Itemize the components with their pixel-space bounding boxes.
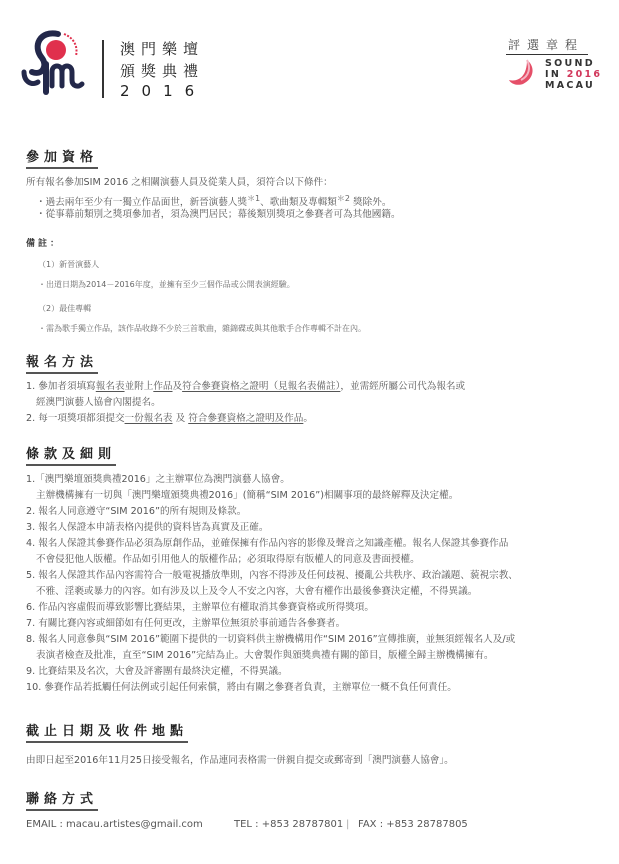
eligibility-proof-link[interactable]: 符合參賽資格之證明（見報名表備註） (182, 381, 340, 392)
title-divider (102, 40, 104, 98)
terms-line: 4. 報名人保證其參賽作品必須為原創作品，並確保擁有作品內容的影像及聲音之知識產… (26, 537, 508, 551)
terms-line: 5. 報名人保證其作品內容需符合一般電視播放準則，內容不得涉及任何歧視、擾亂公共… (26, 569, 518, 583)
note-1-title: （1）新晉演藝人 (38, 258, 99, 272)
terms-line: 8. 報名人同意參與“SIM 2016”範圍下提供的一切資料供主辦機構用作“SI… (26, 633, 515, 647)
terms-line: 不會侵犯他人版權。作品如引用他人的版權作品；必須取得原有版權人的同意及書面授權。 (36, 553, 420, 567)
eligibility-bullet-2: ・從事幕前類別之獎項參加者，須為澳門居民；幕後類別獎項之參賽者可為其他國籍。 (36, 208, 401, 222)
section-heading-registration: 報名方法 (26, 351, 98, 374)
terms-line: 1.「澳門樂壇頒獎典禮2016」之主辦單位為澳門演藝人協會。 (26, 473, 290, 487)
note-1-text: ・出道日期為2014－2016年度，並擁有至少三個作品或公開表演經驗。 (38, 278, 295, 292)
terms-line: 不雅、淫褻或暴力的內容。如有涉及以上及令人不安之內容，大會有權作出最後參賽決定權… (36, 585, 477, 599)
proof-and-works-link[interactable]: 符合參賽資格之證明及作品 (188, 413, 303, 424)
terms-line: 表演者檢查及批准，直至“SIM 2016”完結為止。大會製作與頒獎典禮有關的節目… (36, 649, 494, 663)
rules-title-underline (506, 54, 588, 55)
terms-line: 6. 作品內容虛假而導致影響比賽結果，主辦單位有權取消其參賽資格或所得獎項。 (26, 601, 374, 615)
note-2-text: ・需為歌手獨立作品，該作品收錄不少於三首歌曲，雜錦碟或與其他歌手合作專輯不計在內… (38, 322, 366, 336)
rules-title: 評選章程 (508, 36, 584, 53)
section-heading-deadline: 截止日期及收件地點 (26, 720, 188, 743)
title-line-3: 2016 (120, 82, 206, 100)
title-line-1: 澳門樂壇 (120, 38, 204, 59)
one-registration-form-link[interactable]: 一份報名表 (125, 413, 173, 424)
registration-item-2: 2. 每一項獎項都須提交一份報名表 及 符合參賽資格之證明及作品。 (26, 412, 313, 426)
registration-item-1: 1. 參加者須填寫報名表並附上作品及符合參賽資格之證明（見報名表備註），並需經所… (26, 380, 465, 394)
contact-email[interactable]: EMAIL : macau.artistes@gmail.com (26, 818, 203, 832)
contact-separator: | (346, 818, 349, 832)
deadline-text: 由即日起至2016年11月25日接受報名，作品連同表格需一併親自提交或郵寄到「澳… (26, 754, 454, 768)
terms-line: 10. 參賽作品若抵觸任何法例或引起任何索償，將由有關之參賽者負責，主辦單位一概… (26, 681, 457, 695)
notes-heading: 備註： (26, 236, 62, 249)
contact-tel[interactable]: TEL : +853 28787801 (234, 818, 343, 832)
registration-form-link[interactable]: 報名表 (96, 381, 125, 392)
section-heading-contact: 聯絡方式 (26, 788, 98, 811)
terms-line: 7. 有關比賽內容或細節如有任何更改，主辦單位無須於事前通告各參賽者。 (26, 617, 345, 631)
note-2-title: （2）最佳專輯 (38, 302, 91, 316)
section-heading-terms: 條款及細則 (26, 443, 116, 466)
title-line-2: 頒獎典禮 (120, 60, 204, 81)
terms-line: 主辦機構擁有一切與「澳門樂壇頒獎典禮2016」(簡稱“SIM 2016”)相關事… (36, 489, 458, 503)
terms-line: 3. 報名人保證本申請表格內提供的資料皆為真實及正確。 (26, 521, 268, 535)
right-logo-sound: SOUND (545, 58, 595, 69)
sound-in-macau-swoosh-icon (505, 58, 545, 88)
works-link[interactable]: 作品 (153, 381, 172, 392)
right-logo-in-2016: IN 2016 (545, 69, 602, 80)
terms-line: 2. 報名人同意遵守“SIM 2016”的所有規則及條款。 (26, 505, 246, 519)
terms-line: 9. 比賽結果及名次，大會及評審團有最終決定權，不得異議。 (26, 665, 288, 679)
registration-item-1-cont: 經澳門演藝人協會內閣提名。 (36, 396, 161, 410)
sim-logo-icon (18, 28, 96, 98)
contact-fax: FAX : +853 28787805 (358, 818, 468, 832)
right-logo-macau: MACAU (545, 80, 595, 91)
section-heading-eligibility: 參加資格 (26, 146, 98, 169)
sim-logo (18, 28, 96, 98)
eligibility-intro: 所有報名參加SIM 2016 之相關演藝人員及從業人員，須符合以下條件： (26, 176, 333, 190)
